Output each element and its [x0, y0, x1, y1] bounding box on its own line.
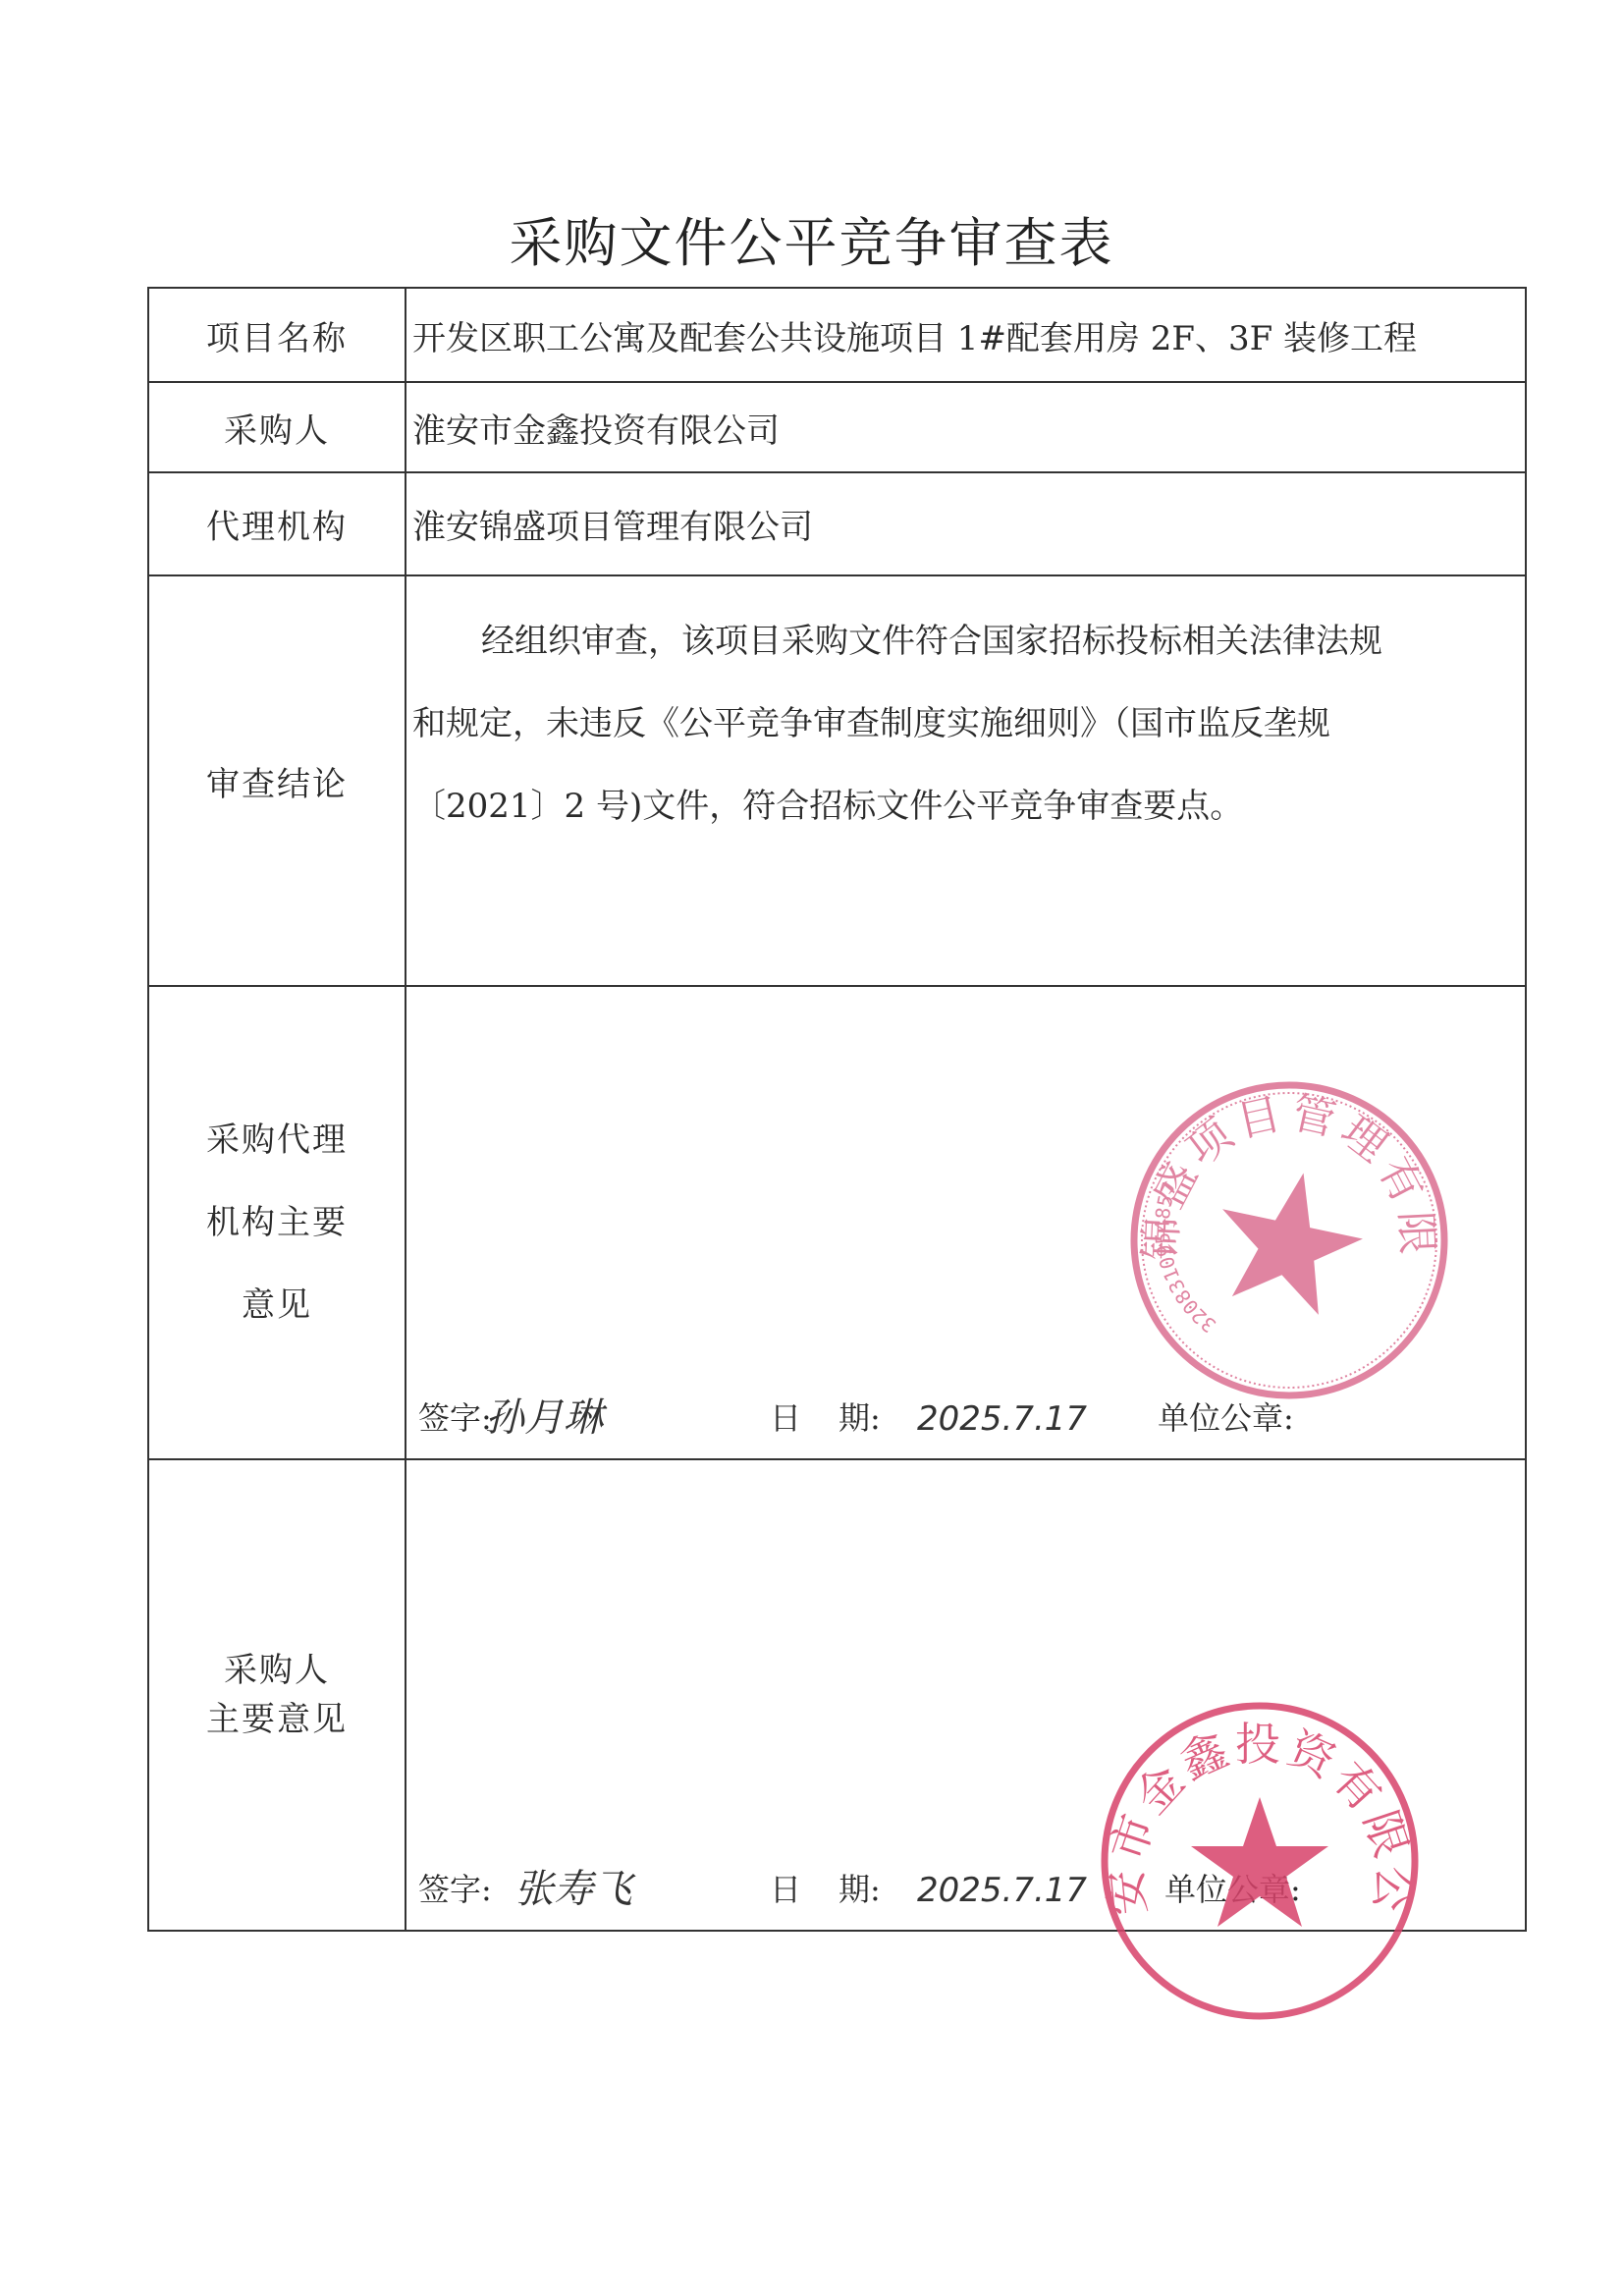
row-purchaser: 采购人 淮安市金鑫投资有限公司 — [149, 383, 1525, 473]
label-line: 主要意见 — [206, 1695, 348, 1744]
conclusion-line-1: 经组织审查，该项目采购文件符合国家招标投标相关法律法规 — [412, 600, 1515, 683]
conclusion-line-2: 和规定，未违反《公平竞争审查制度实施细则》（国市监反垄规 — [412, 683, 1515, 765]
seal-icon: 淮安锦盛项目管理有限公司 3208310954857 — [1127, 1078, 1451, 1402]
label-purchaser-opinion: 采购人 主要意见 — [149, 1460, 406, 1930]
label-line: 采购人 — [224, 1646, 330, 1695]
conclusion-line-3: 〔2021〕2 号)文件，符合招标文件公平竞争审查要点。 — [412, 765, 1515, 847]
conclusion-text: 经组织审查，该项目采购文件符合国家招标投标相关法律法规 和规定，未违反《公平竞争… — [406, 576, 1525, 985]
label-project-name: 项目名称 — [149, 289, 406, 381]
label-line: 采购代理 — [206, 1099, 348, 1181]
handwritten-date: 2025.7.17 — [917, 1871, 1087, 1910]
date-label-1: 日 — [770, 1865, 801, 1910]
agency-seal-stamp: 淮安锦盛项目管理有限公司 3208310954857 — [1127, 1078, 1451, 1402]
row-project-name: 项目名称 开发区职工公寓及配套公共设施项目 1#配套用房 2F、3F 装修工程 — [149, 289, 1525, 383]
label-purchaser: 采购人 — [149, 383, 406, 471]
row-conclusion: 审查结论 经组织审查，该项目采购文件符合国家招标投标相关法律法规 和规定，未违反… — [149, 576, 1525, 987]
date-label-2: 期: — [839, 1394, 881, 1439]
sign-label: 签字: — [418, 1865, 492, 1910]
value-agency: 淮安锦盛项目管理有限公司 — [406, 473, 1525, 574]
label-agency-opinion: 采购代理 机构主要 意见 — [149, 987, 406, 1458]
label-line: 意见 — [242, 1264, 312, 1346]
date-label-1: 日 — [770, 1394, 801, 1439]
sign-label: 签字: — [418, 1394, 492, 1439]
handwritten-signature: 孙月琳 — [485, 1387, 603, 1443]
purchaser-seal-stamp: 淮安市金鑫投资有限公司 — [1098, 1699, 1422, 2023]
seal-icon: 淮安市金鑫投资有限公司 — [1098, 1699, 1422, 2023]
page-title: 采购文件公平竞争审查表 — [0, 201, 1623, 277]
row-agency: 代理机构 淮安锦盛项目管理有限公司 — [149, 473, 1525, 576]
value-project-name: 开发区职工公寓及配套公共设施项目 1#配套用房 2F、3F 装修工程 — [406, 289, 1525, 381]
label-conclusion: 审查结论 — [149, 576, 406, 985]
date-label-2: 期: — [839, 1865, 881, 1910]
handwritten-date: 2025.7.17 — [917, 1399, 1087, 1439]
label-line: 机构主要 — [206, 1181, 348, 1264]
label-agency: 代理机构 — [149, 473, 406, 574]
handwritten-signature: 张寿飞 — [514, 1858, 632, 1914]
value-purchaser: 淮安市金鑫投资有限公司 — [406, 383, 1525, 471]
